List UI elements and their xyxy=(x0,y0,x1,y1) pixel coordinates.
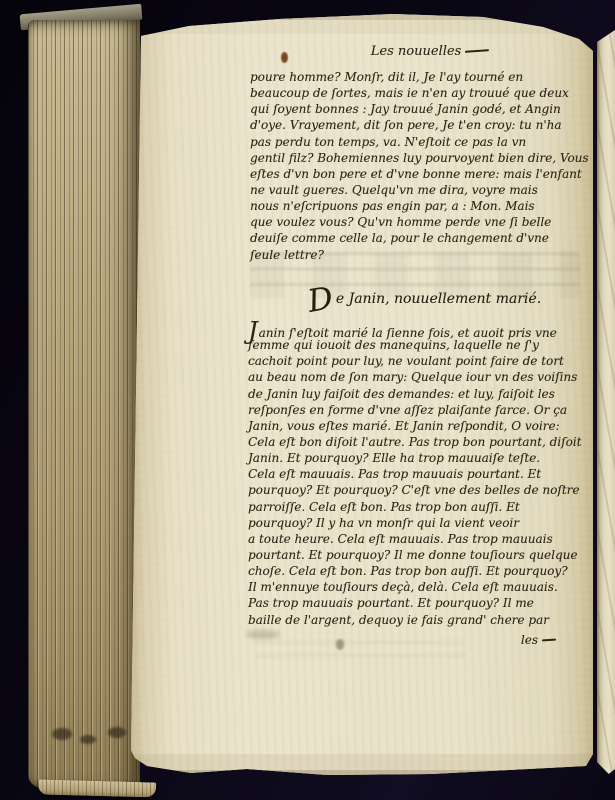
page-edges-stack xyxy=(28,20,140,788)
manuscript-line: ſeule lettre? xyxy=(250,247,589,263)
manuscript-line: ne vault gueres. Quelqu'vn me dira, voyr… xyxy=(250,182,589,198)
pen-flourish xyxy=(542,639,556,642)
manuscript-line: Cela eſt mauuais. Pas trop mauuais pourt… xyxy=(248,466,581,482)
fore-edge-ink-mark xyxy=(80,735,96,744)
ink-stain xyxy=(281,52,288,63)
pen-flourish xyxy=(465,49,489,53)
manuscript-line: Janin ſ'eſtoit marié la ſienne fois, et … xyxy=(248,321,581,337)
paragraph: poure homme? Monſr, dit il, Je l'ay tour… xyxy=(250,69,589,263)
section-heading: De Janin, nouuellement marié. xyxy=(308,282,541,318)
running-header-text: Les nouuelles xyxy=(371,44,461,59)
facing-page-edge xyxy=(597,30,615,774)
section-heading-text: e Janin, nouuellement marié. xyxy=(336,291,541,307)
manuscript-line: poure homme? Monſr, dit il, Je l'ay tour… xyxy=(250,69,589,85)
text-block: Les nouuelles poure homme? Monſr, dit il… xyxy=(248,0,590,800)
manuscript-line: gentil filz? Bohemiennes luy pourvoyent … xyxy=(250,150,589,166)
manuscript-line: deuiſe comme celle la, pour le changemen… xyxy=(250,230,589,246)
manuscript-line: beaucoup de ſortes, mais ie n'en ay trou… xyxy=(250,85,589,101)
manuscript-line: parroiſſe. Cela eſt bon. Pas trop bon au… xyxy=(248,499,581,515)
manuscript-line: nous n'eſcripuons pas engin par, a : Mon… xyxy=(250,198,589,214)
manuscript-line: Cela eſt bon diſoit l'autre. Pas trop bo… xyxy=(248,434,581,450)
manuscript-line: au beau nom de ſon mary: Quelque iour vn… xyxy=(248,369,581,385)
photograph-of-open-book: Les nouuelles poure homme? Monſr, dit il… xyxy=(0,0,615,800)
manuscript-line: baille de l'argent, dequoy ie fais grand… xyxy=(248,612,581,628)
paragraph: Janin ſ'eſtoit marié la ſienne fois, et … xyxy=(248,321,581,628)
manuscript-line: d'oye. Vrayement, dit ſon pere, Je t'en … xyxy=(250,117,589,133)
manuscript-line: que voulez vous? Qu'vn homme perde vne ſ… xyxy=(250,214,589,230)
running-header: Les nouuelles xyxy=(248,44,590,59)
fore-edge-ink-mark xyxy=(108,727,126,738)
fore-edge-ink-mark xyxy=(52,728,72,740)
manuscript-line: pas perdu ton temps, va. N'eſtoit ce pas… xyxy=(250,134,589,150)
manuscript-line: pourtant. Et pourquoy? Il me donne touſi… xyxy=(248,547,581,563)
manuscript-line: Janin. Et pourquoy? Elle ha trop mauuaiſ… xyxy=(248,450,581,466)
manuscript-line: Janin, vous eſtes marié. Et Janin reſpon… xyxy=(248,418,581,434)
catchword: les xyxy=(521,633,556,647)
manuscript-line: Pas trop mauuais pourtant. Et pourquoy? … xyxy=(248,595,581,611)
manuscript-line: eſtes d'vn bon pere et d'vne bonne mere:… xyxy=(250,166,589,182)
manuscript-line: de Janin luy faiſoit des demandes: et lu… xyxy=(248,386,581,402)
manuscript-line: cachoit point pour luy, ne voulant point… xyxy=(248,353,581,369)
manuscript-line: qui ſoyent bonnes : Jay trouué Janin god… xyxy=(250,101,589,117)
manuscript-line: choſe. Cela eſt bon. Pas trop bon auſſi.… xyxy=(248,563,581,579)
page-edges-fan-bottom xyxy=(38,779,156,797)
catchword-text: les xyxy=(521,633,538,647)
manuscript-line: Il m'ennuye touſiours deçà, delà. Cela e… xyxy=(248,579,581,595)
manuscript-line: reſponſes en forme d'vne aſſez plaiſante… xyxy=(248,402,581,418)
decorated-initial: J xyxy=(248,323,258,339)
manuscript-line: pourquoy? Et pourquoy? C'eſt vne des bel… xyxy=(248,482,581,498)
manuscript-line: femme qui iouoit des manequins, laquelle… xyxy=(248,337,581,353)
decorated-initial: D xyxy=(305,280,336,320)
manuscript-line: a toute heure. Cela eſt mauuais. Pas tro… xyxy=(248,531,581,547)
manuscript-line: pourquoy? Il y ha vn monſr qui la vient … xyxy=(248,515,581,531)
